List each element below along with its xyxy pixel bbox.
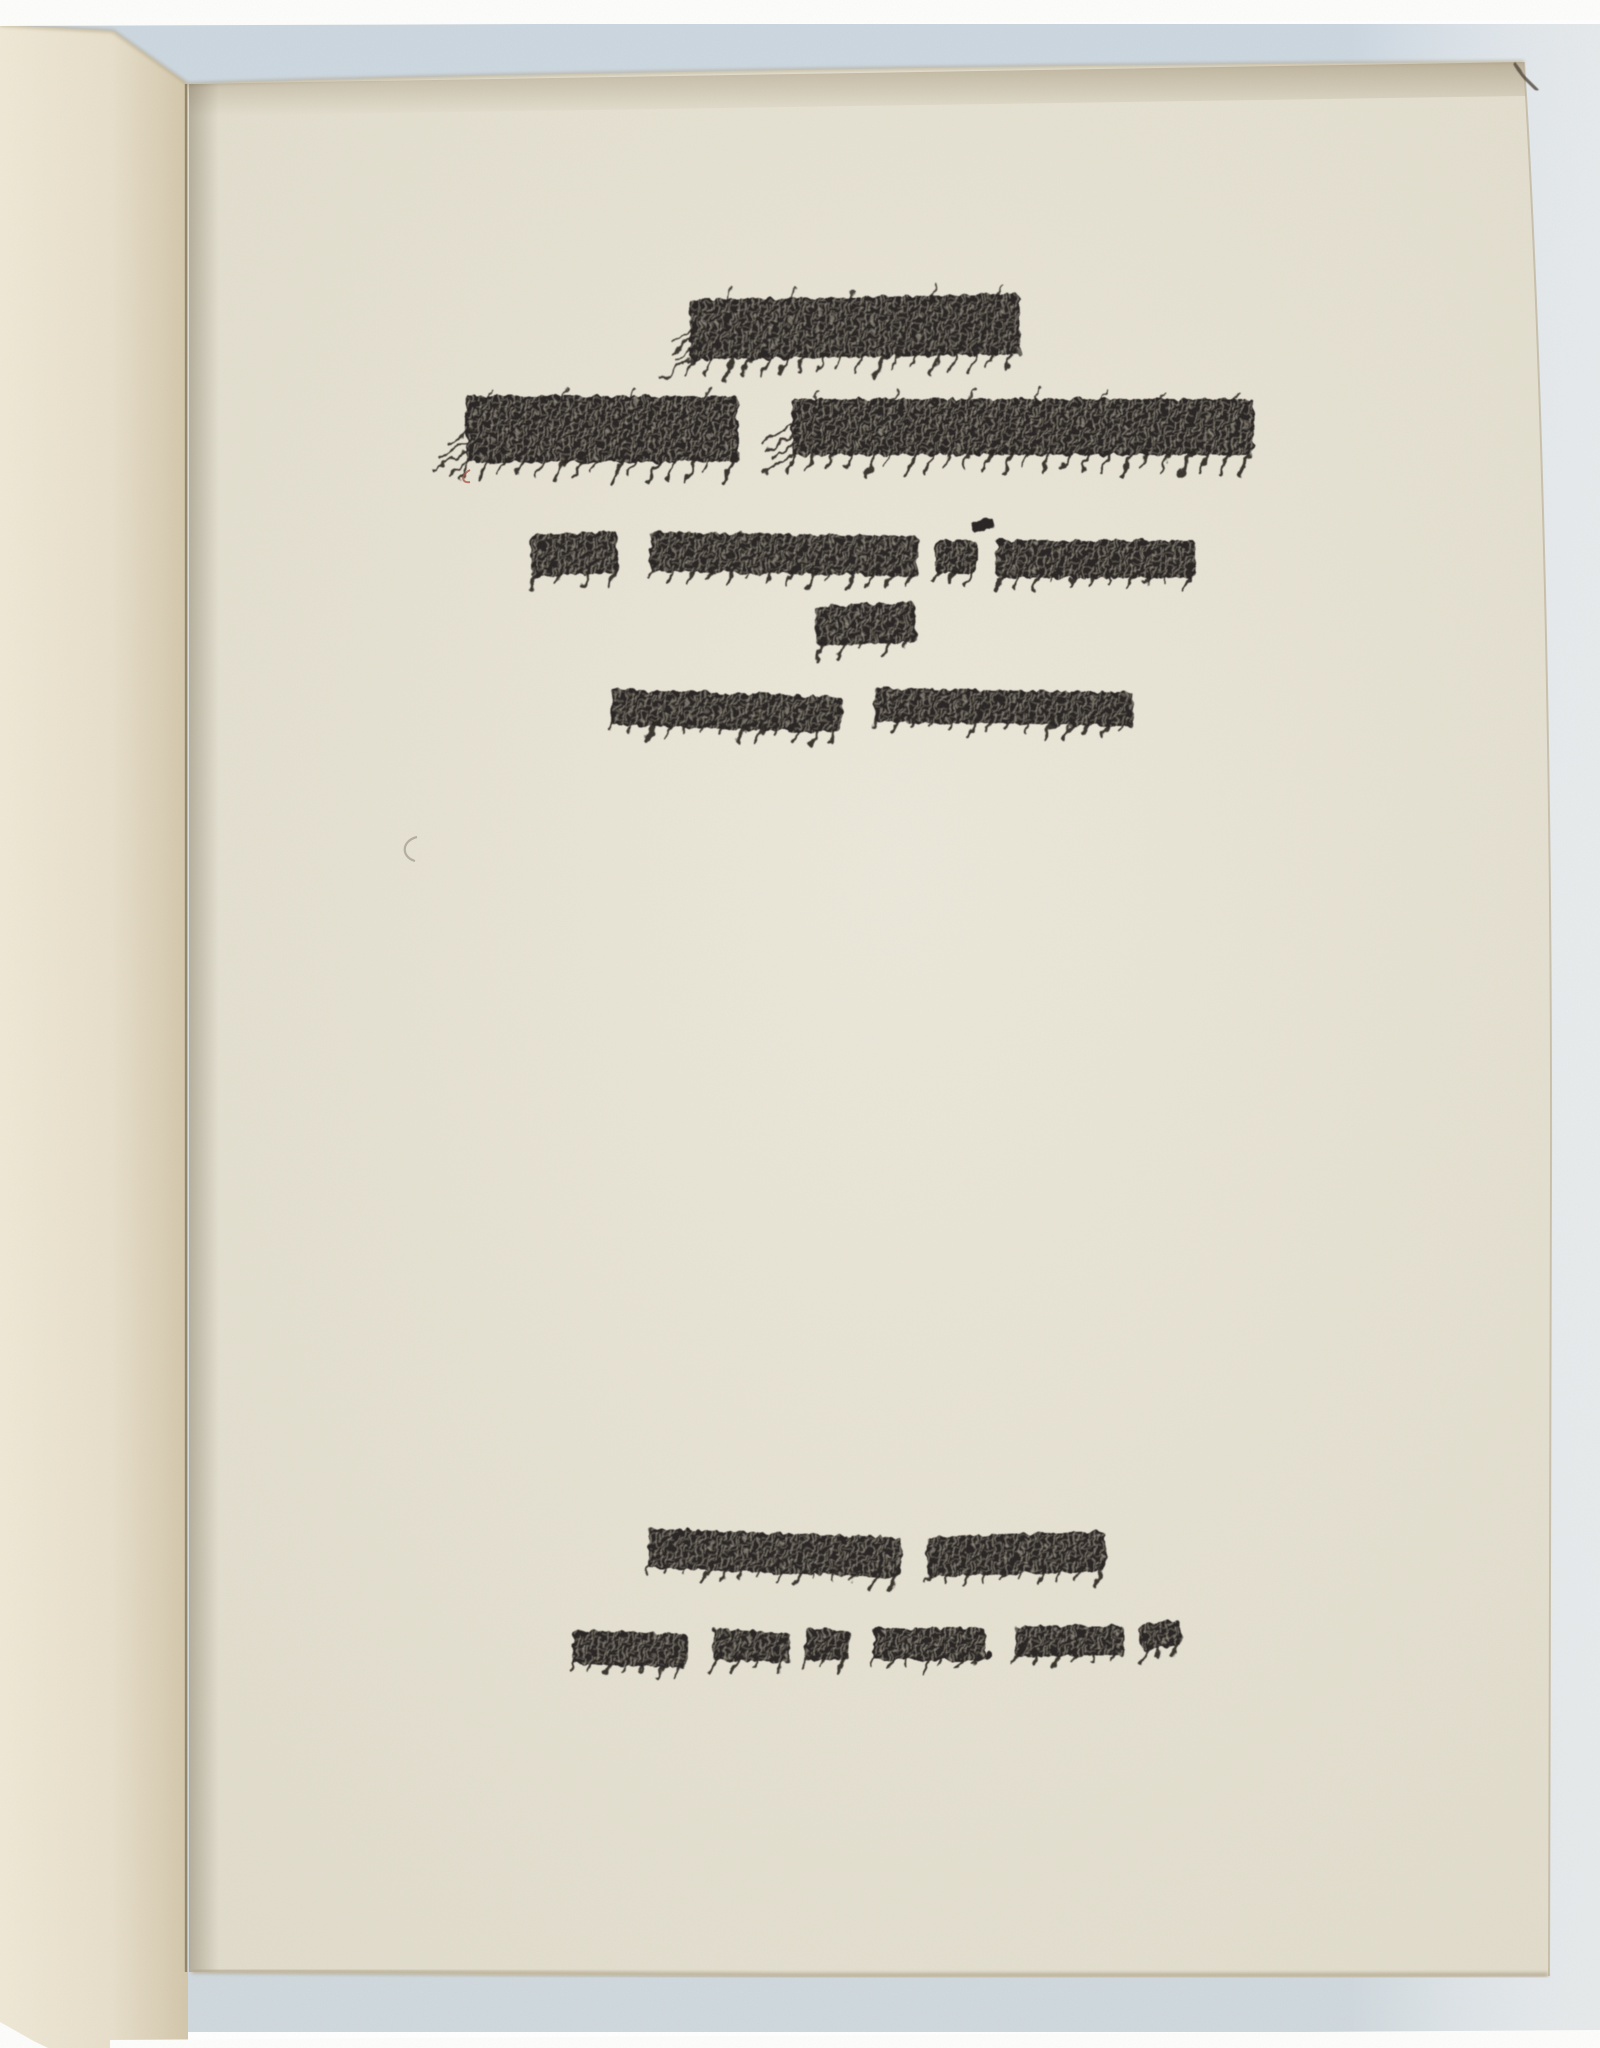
- photo-of-redacted-book-page: [0, 0, 1600, 2048]
- photo-grain-overlay: [0, 0, 1600, 2048]
